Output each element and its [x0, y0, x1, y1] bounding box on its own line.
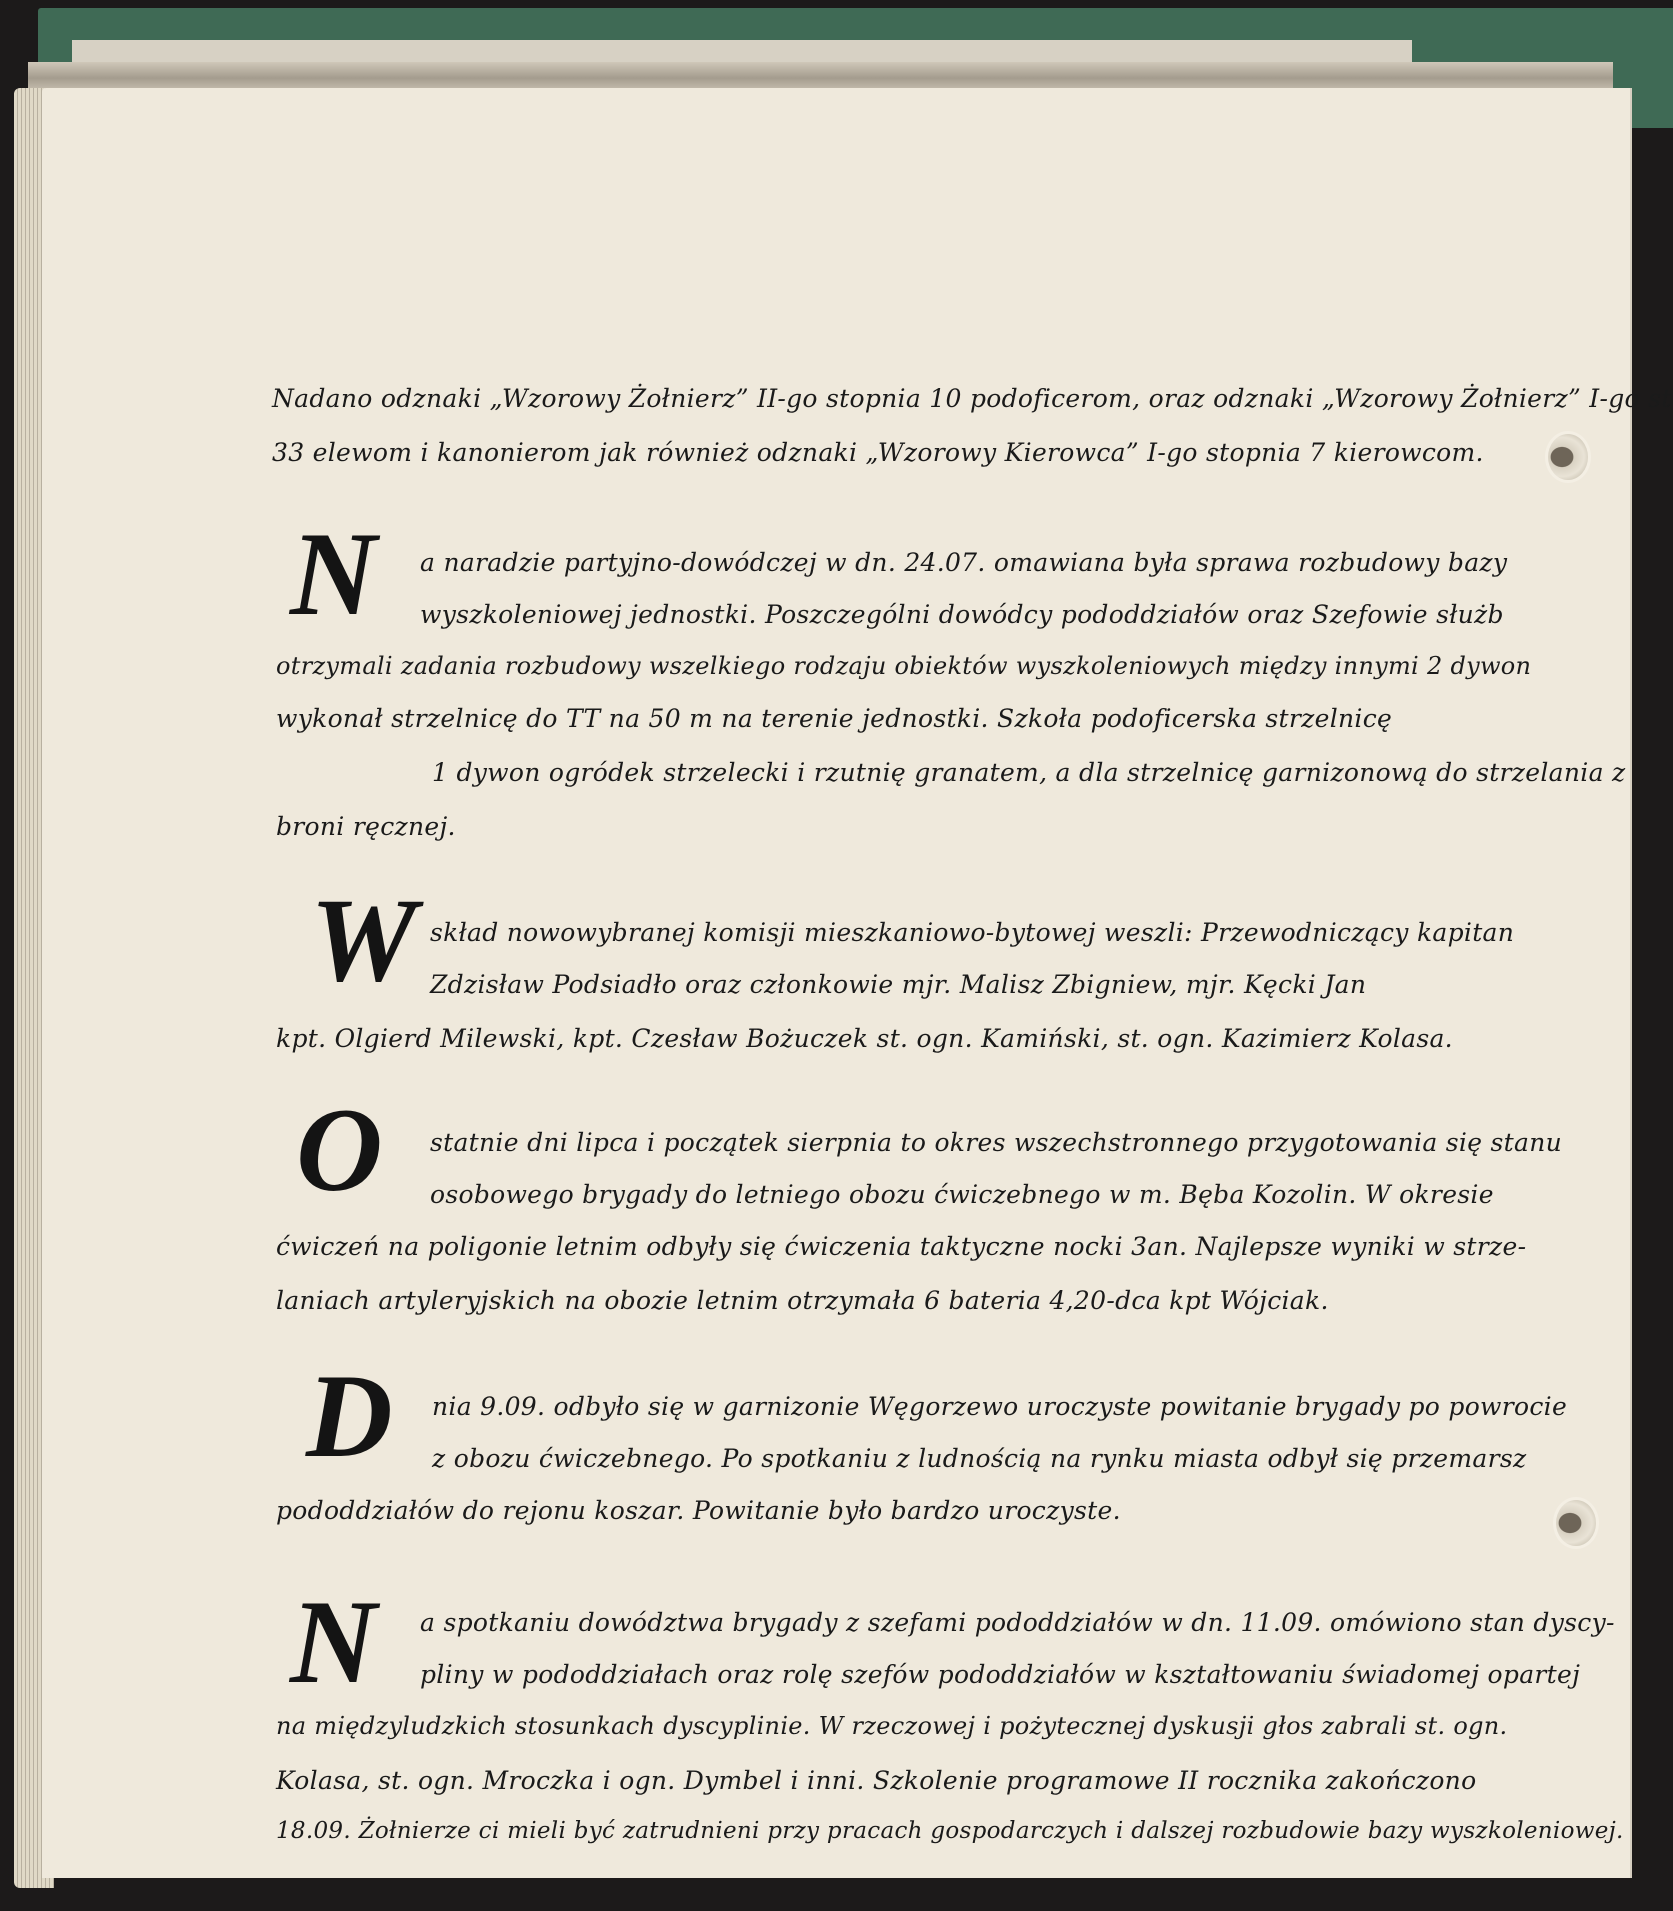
drop-cap-initial: D — [306, 1356, 393, 1476]
drop-cap-initial: O — [296, 1090, 383, 1210]
paragraph-line: 1 dywon ogródek strzelecki i rzutnię gra… — [432, 758, 1626, 787]
paragraph-line: z obozu ćwiczebnego. Po spotkaniu z ludn… — [432, 1444, 1526, 1473]
paragraph-line: kpt. Olgierd Milewski, kpt. Czesław Bożu… — [276, 1024, 1453, 1053]
paragraph-line: na międzyludzkich stosunkach dyscyplinie… — [276, 1712, 1507, 1740]
paragraph-line: Kolasa, st. ogn. Mroczka i ogn. Dymbel i… — [276, 1766, 1476, 1795]
binder-hole-top — [1548, 434, 1588, 480]
paragraph-line: 18.09. Żołnierze ci mieli być zatrudnien… — [276, 1818, 1624, 1844]
page-fold-line — [1630, 88, 1632, 1878]
paragraph-line: otrzymali zadania rozbudowy wszelkiego r… — [276, 652, 1531, 680]
paragraph-line: a naradzie partyjno-dowódczej w dn. 24.0… — [420, 548, 1507, 577]
paragraph-line: pododdziałów do rejonu koszar. Powitanie… — [276, 1496, 1121, 1525]
intro-line-1: Nadano odznaki „Wzorowy Żołnierz” II-go … — [272, 384, 1673, 413]
paragraph-line: nia 9.09. odbyło się w garnizonie Węgorz… — [432, 1392, 1567, 1421]
loose-sheet — [72, 40, 1412, 64]
paragraph-line: wykonał strzelnicę do TT na 50 m na tere… — [276, 704, 1392, 733]
paragraph-line: ćwiczeń na poligonie letnim odbyły się ć… — [276, 1232, 1526, 1261]
paragraph-line: broni ręcznej. — [276, 812, 456, 841]
drop-cap-initial: W — [310, 880, 417, 1000]
paragraph-line: a spotkaniu dowództwa brygady z szefami … — [420, 1608, 1615, 1637]
binder-hole-bottom — [1556, 1500, 1596, 1546]
paragraph-line: skład nowowybranej komisji mieszkaniowo-… — [430, 918, 1514, 947]
drop-cap-initial: N — [290, 514, 377, 634]
intro-line-2: 33 elewom i kanonierom jak również odzna… — [272, 438, 1484, 467]
paragraph-line: laniach artyleryjskich na obozie letnim … — [276, 1286, 1329, 1315]
paragraph-line: Zdzisław Podsiadło oraz członkowie mjr. … — [430, 970, 1366, 999]
paragraph-line: osobowego brygady do letniego obozu ćwic… — [430, 1180, 1494, 1209]
drop-cap-initial: N — [290, 1582, 377, 1702]
paragraph-line: pliny w pododdziałach oraz rolę szefów p… — [420, 1660, 1580, 1689]
paragraph-line: wyszkoleniowej jednostki. Poszczególni d… — [420, 600, 1504, 629]
paragraph-line: statnie dni lipca i początek sierpnia to… — [430, 1128, 1562, 1157]
